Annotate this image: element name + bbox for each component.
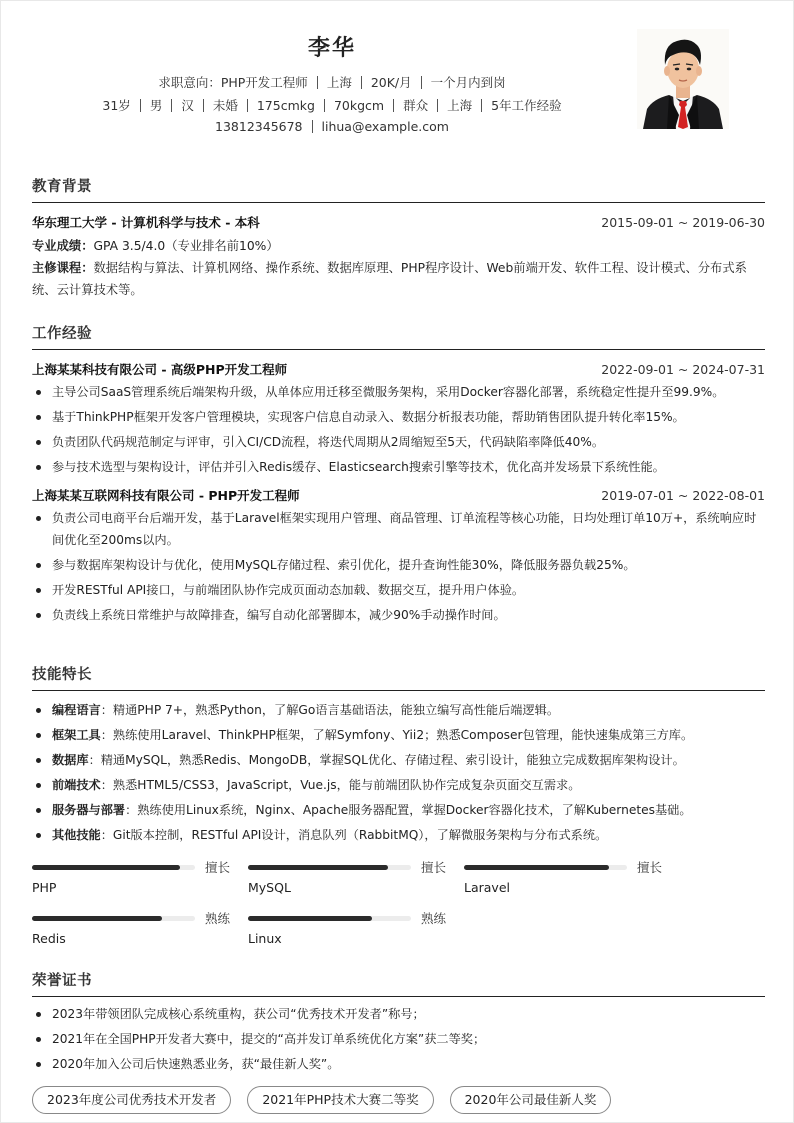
honor-tags: 2023年度公司优秀技术开发者 2021年PHP技术大赛二等奖 2020年公司最… [32,1086,611,1114]
divider [481,99,482,112]
divider [324,99,325,112]
gpa-label: 专业成绩： [32,239,94,253]
age: 31岁 [102,98,130,113]
divider [140,99,141,112]
job-date: 2022-09-01 ~ 2024-07-31 [601,362,765,377]
skill-level: 擅长 [421,858,446,876]
list-item: 服务器与部署：熟练使用Linux系统，Nginx、Apache服务器配置，掌握D… [32,799,765,821]
residence: 上海 [447,98,472,113]
list-item: 编程语言：精通PHP 7+，熟悉Python，了解Go语言基础语法，能独立编写高… [32,699,765,721]
list-item: 框架工具：熟练使用Laravel、ThinkPHP框架，了解Symfony、Yi… [32,724,765,746]
divider [247,99,248,112]
list-item: 开发RESTful API接口，与前端团队协作完成页面动态加载、数据交互，提升用… [32,579,765,601]
skill-label: 其他技能 [52,828,101,842]
divider [317,76,318,89]
section-title-honors: 荣誉证书 [32,969,765,997]
skill-fill [464,865,609,870]
skill-track [248,865,411,870]
skill-text: ：熟悉HTML5/CSS3，JavaScript，Vue.js，能与前端团队协作… [101,778,581,792]
school-degree: 华东理工大学 - 计算机科学与技术 - 本科 [32,213,260,231]
skill-level: 熟练 [421,909,446,927]
honor-tag: 2021年PHP技术大赛二等奖 [247,1086,433,1114]
list-item: 负责公司电商平台后端开发，基于Laravel框架实现用户管理、商品管理、订单流程… [32,507,765,551]
candidate-name: 李华 [1,31,663,62]
email[interactable]: lihua@example.com [322,119,449,134]
skill-text: ：精通PHP 7+，熟悉Python，了解Go语言基础语法，能独立编写高性能后端… [101,703,559,717]
section-title-work: 工作经验 [32,322,765,350]
skill-name: Linux [248,931,282,946]
skill-fill [32,865,180,870]
skill-track [32,865,195,870]
divider [421,76,422,89]
list-item: 2023年带领团队完成核心系统重构，获公司“优秀技术开发者”称号； [32,1003,765,1025]
list-item: 前端技术：熟悉HTML5/CSS3，JavaScript，Vue.js，能与前端… [32,774,765,796]
courses-value: 数据结构与算法、计算机网络、操作系统、数据库原理、PHP程序设计、Web前端开发… [32,261,747,297]
honor-tag: 2023年度公司优秀技术开发者 [32,1086,231,1114]
skill-track [464,865,627,870]
divider [393,99,394,112]
contact-line: 13812345678lihua@example.com [1,119,663,134]
section-title-education: 教育背景 [32,175,765,203]
courses-label: 主修课程： [32,261,94,275]
list-item: 主导公司SaaS管理系统后端架构升级，从单体应用迁移至微服务架构，采用Docke… [32,381,765,403]
education-entry-header: 华东理工大学 - 计算机科学与技术 - 本科 2015-09-01 ~ 2019… [32,213,765,231]
skill-bar-redis: 熟练 Redis [32,909,232,953]
intent-city: 上海 [327,75,352,90]
resume-header: 李华 求职意向：PHP开发工程师上海20K/月一个月内到岗 31岁男汉未婚175… [1,1,794,151]
list-item: 2021年在全国PHP开发者大赛中，提交的“高并发订单系统优化方案”获二等奖； [32,1028,765,1050]
divider [312,120,313,133]
skill-label: 前端技术 [52,778,101,792]
resume-page: 李华 求职意向：PHP开发工程师上海20K/月一个月内到岗 31岁男汉未婚175… [0,0,794,1123]
list-item: 数据库：精通MySQL，熟悉Redis、MongoDB，掌握SQL优化、存储过程… [32,749,765,771]
ethnicity: 汉 [181,98,194,113]
job-bullets: 负责公司电商平台后端开发，基于Laravel框架实现用户管理、商品管理、订单流程… [32,507,765,626]
phone: 13812345678 [215,119,302,134]
divider [203,99,204,112]
marital-status: 未婚 [213,98,238,113]
skill-bar-php: 擅长 PHP [32,858,232,902]
list-item: 参与技术选型与架构设计，评估并引入Redis缓存、Elasticsearch搜索… [32,456,765,478]
skill-label: 框架工具 [52,728,101,742]
intent-salary: 20K/月 [371,75,412,90]
honor-tag: 2020年公司最佳新人奖 [450,1086,612,1114]
skill-text: ：熟练使用Laravel、ThinkPHP框架，了解Symfony、Yii2；熟… [101,728,693,742]
honors-section: 荣誉证书 2023年带领团队完成核心系统重构，获公司“优秀技术开发者”称号； 2… [32,969,765,1078]
gpa-value: GPA 3.5/4.0（专业排名前10%） [94,239,279,253]
skill-fill [32,916,162,921]
skills-section: 技能特长 编程语言：精通PHP 7+，熟悉Python，了解Go语言基础语法，能… [32,663,765,849]
list-item: 负责团队代码规范制定与评审，引入CI/CD流程，将迭代周期从2周缩短至5天，代码… [32,431,765,453]
divider [437,99,438,112]
experience-years: 5年工作经验 [491,98,561,113]
political-status: 群众 [403,98,428,113]
skill-level: 擅长 [637,858,662,876]
job-company-title: 上海某某科技有限公司 - 高级PHP开发工程师 [32,360,287,378]
courses-line: 主修课程：数据结构与算法、计算机网络、操作系统、数据库原理、PHP程序设计、We… [32,257,765,301]
job-company-title: 上海某某互联网科技有限公司 - PHP开发工程师 [32,486,300,504]
skill-label: 服务器与部署 [52,803,125,817]
skill-level: 熟练 [205,909,230,927]
job-date: 2019-07-01 ~ 2022-08-01 [601,488,765,503]
profile-photo [637,29,729,129]
gender: 男 [150,98,163,113]
divider [171,99,172,112]
job-bullets: 主导公司SaaS管理系统后端架构升级，从单体应用迁移至微服务架构，采用Docke… [32,381,765,478]
skill-text: ：精通MySQL，熟悉Redis、MongoDB，掌握SQL优化、存储过程、索引… [89,753,685,767]
section-title-skills: 技能特长 [32,663,765,691]
divider [361,76,362,89]
skill-name: Laravel [464,880,510,895]
list-item: 基于ThinkPHP框架开发客户管理模块，实现客户信息自动录入、数据分析报表功能… [32,406,765,428]
skill-name: Redis [32,931,66,946]
work-section: 工作经验 上海某某科技有限公司 - 高级PHP开发工程师 2022-09-01 … [32,322,765,629]
gpa-line: 专业成绩：GPA 3.5/4.0（专业排名前10%） [32,235,765,257]
honors-list: 2023年带领团队完成核心系统重构，获公司“优秀技术开发者”称号； 2021年在… [32,1003,765,1075]
weight: 70kgcm [334,98,384,113]
skill-track [248,916,411,921]
skill-bar-mysql: 擅长 MySQL [248,858,448,902]
skill-name: MySQL [248,880,291,895]
education-section: 教育背景 华东理工大学 - 计算机科学与技术 - 本科 2015-09-01 ~… [32,175,765,301]
list-item: 其他技能：Git版本控制，RESTful API设计，消息队列（RabbitMQ… [32,824,765,846]
skill-name: PHP [32,880,56,895]
intent-availability: 一个月内到岗 [431,75,506,90]
skill-fill [248,865,388,870]
job-header: 上海某某科技有限公司 - 高级PHP开发工程师 2022-09-01 ~ 202… [32,360,765,378]
skills-list: 编程语言：精通PHP 7+，熟悉Python，了解Go语言基础语法，能独立编写高… [32,699,765,846]
skill-level: 擅长 [205,858,230,876]
skill-label: 编程语言 [52,703,101,717]
education-date: 2015-09-01 ~ 2019-06-30 [601,215,765,230]
job-intent: 求职意向：PHP开发工程师 [158,75,307,90]
job-header: 上海某某互联网科技有限公司 - PHP开发工程师 2019-07-01 ~ 20… [32,486,765,504]
list-item: 2020年加入公司后快速熟悉业务，获“最佳新人奖”。 [32,1053,765,1075]
list-item: 参与数据库架构设计与优化，使用MySQL存储过程、索引优化，提升查询性能30%，… [32,554,765,576]
skill-track [32,916,195,921]
list-item: 负责线上系统日常维护与故障排查，编写自动化部署脚本，减少90%手动操作时间。 [32,604,765,626]
skill-text: ：熟练使用Linux系统，Nginx、Apache服务器配置，掌握Docker容… [125,803,691,817]
avatar-illustration-icon [637,29,729,129]
job-intent-line: 求职意向：PHP开发工程师上海20K/月一个月内到岗 [1,73,663,91]
skill-text: ：Git版本控制，RESTful API设计，消息队列（RabbitMQ），了解… [101,828,607,842]
height: 175cmkg [257,98,315,113]
skill-label: 数据库 [52,753,89,767]
skill-bar-laravel: 擅长 Laravel [464,858,664,902]
skill-bar-linux: 熟练 Linux [248,909,448,953]
skill-fill [248,916,372,921]
personal-info-line: 31岁男汉未婚175cmkg70kgcm群众上海5年工作经验 [1,96,663,114]
